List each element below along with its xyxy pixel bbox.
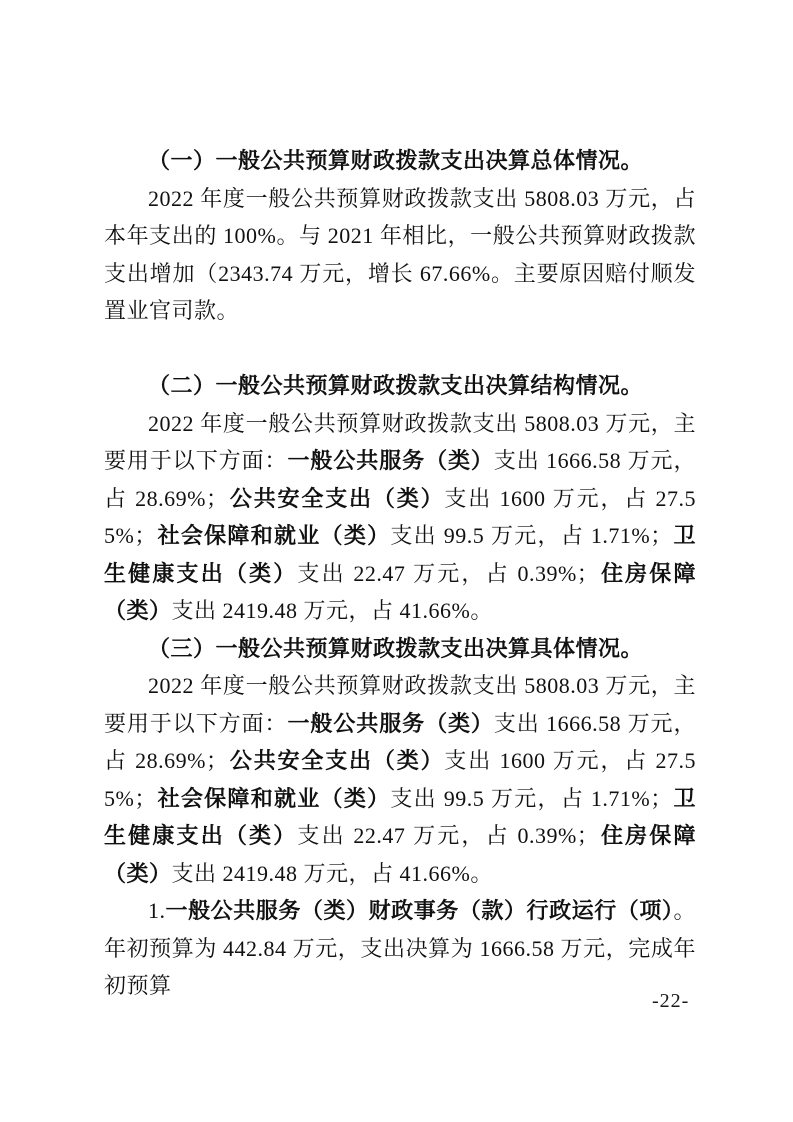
emphasis-text: 一般公共服务（类）财政事务（款）行政运行（项）: [166, 898, 674, 923]
body-text: 支出 99.5 万元，占 1.71%；: [390, 523, 672, 548]
emphasis-text: 公共安全支出（类）: [229, 748, 445, 773]
emphasis-text: 一般公共服务（类）: [287, 448, 493, 473]
body-text: 支出 99.5 万元，占 1.71%；: [390, 786, 672, 811]
body-paragraph: 2022 年度一般公共预算财政拨款支出 5808.03 万元，主要用于以下方面：…: [104, 667, 696, 892]
body-text: 支出 22.47 万元，占 0.39%；: [297, 561, 599, 586]
body-text: 2022 年度一般公共预算财政拨款支出 5808.03 万元，占本年支出的 10…: [104, 186, 696, 324]
emphasis-text: （二）一般公共预算财政拨款支出决算结构情况。: [148, 373, 643, 398]
section-heading: （一）一般公共预算财政拨款支出决算总体情况。: [104, 142, 696, 180]
document-page: （一）一般公共预算财政拨款支出决算总体情况。2022 年度一般公共预算财政拨款支…: [0, 0, 793, 1122]
body-text: 1.: [148, 898, 166, 923]
body-text: 支出 22.47 万元，占 0.39%；: [297, 823, 599, 848]
section-heading: （二）一般公共预算财政拨款支出决算结构情况。: [104, 367, 696, 405]
emphasis-text: （三）一般公共预算财政拨款支出决算具体情况。: [148, 636, 643, 661]
body-text: 支出 2419.48 万元，占 41.66%。: [172, 861, 493, 886]
body-paragraph: 1.一般公共服务（类）财政事务（款）行政运行（项）。年初预算为 442.84 万…: [104, 892, 696, 1005]
body-paragraph: 2022 年度一般公共预算财政拨款支出 5808.03 万元，占本年支出的 10…: [104, 180, 696, 330]
emphasis-text: 社会保障和就业（类）: [157, 523, 391, 548]
body-text: 支出 2419.48 万元，占 41.66%。: [172, 598, 493, 623]
emphasis-text: 公共安全支出（类）: [229, 486, 445, 511]
page-number: -22-: [652, 990, 689, 1012]
document-body: （一）一般公共预算财政拨款支出决算总体情况。2022 年度一般公共预算财政拨款支…: [104, 142, 696, 1005]
body-paragraph: 2022 年度一般公共预算财政拨款支出 5808.03 万元，主要用于以下方面：…: [104, 405, 696, 630]
emphasis-text: 社会保障和就业（类）: [157, 786, 391, 811]
emphasis-text: （一）一般公共预算财政拨款支出决算总体情况。: [148, 148, 643, 173]
emphasis-text: 一般公共服务（类）: [287, 711, 493, 736]
section-heading: （三）一般公共预算财政拨款支出决算具体情况。: [104, 630, 696, 668]
